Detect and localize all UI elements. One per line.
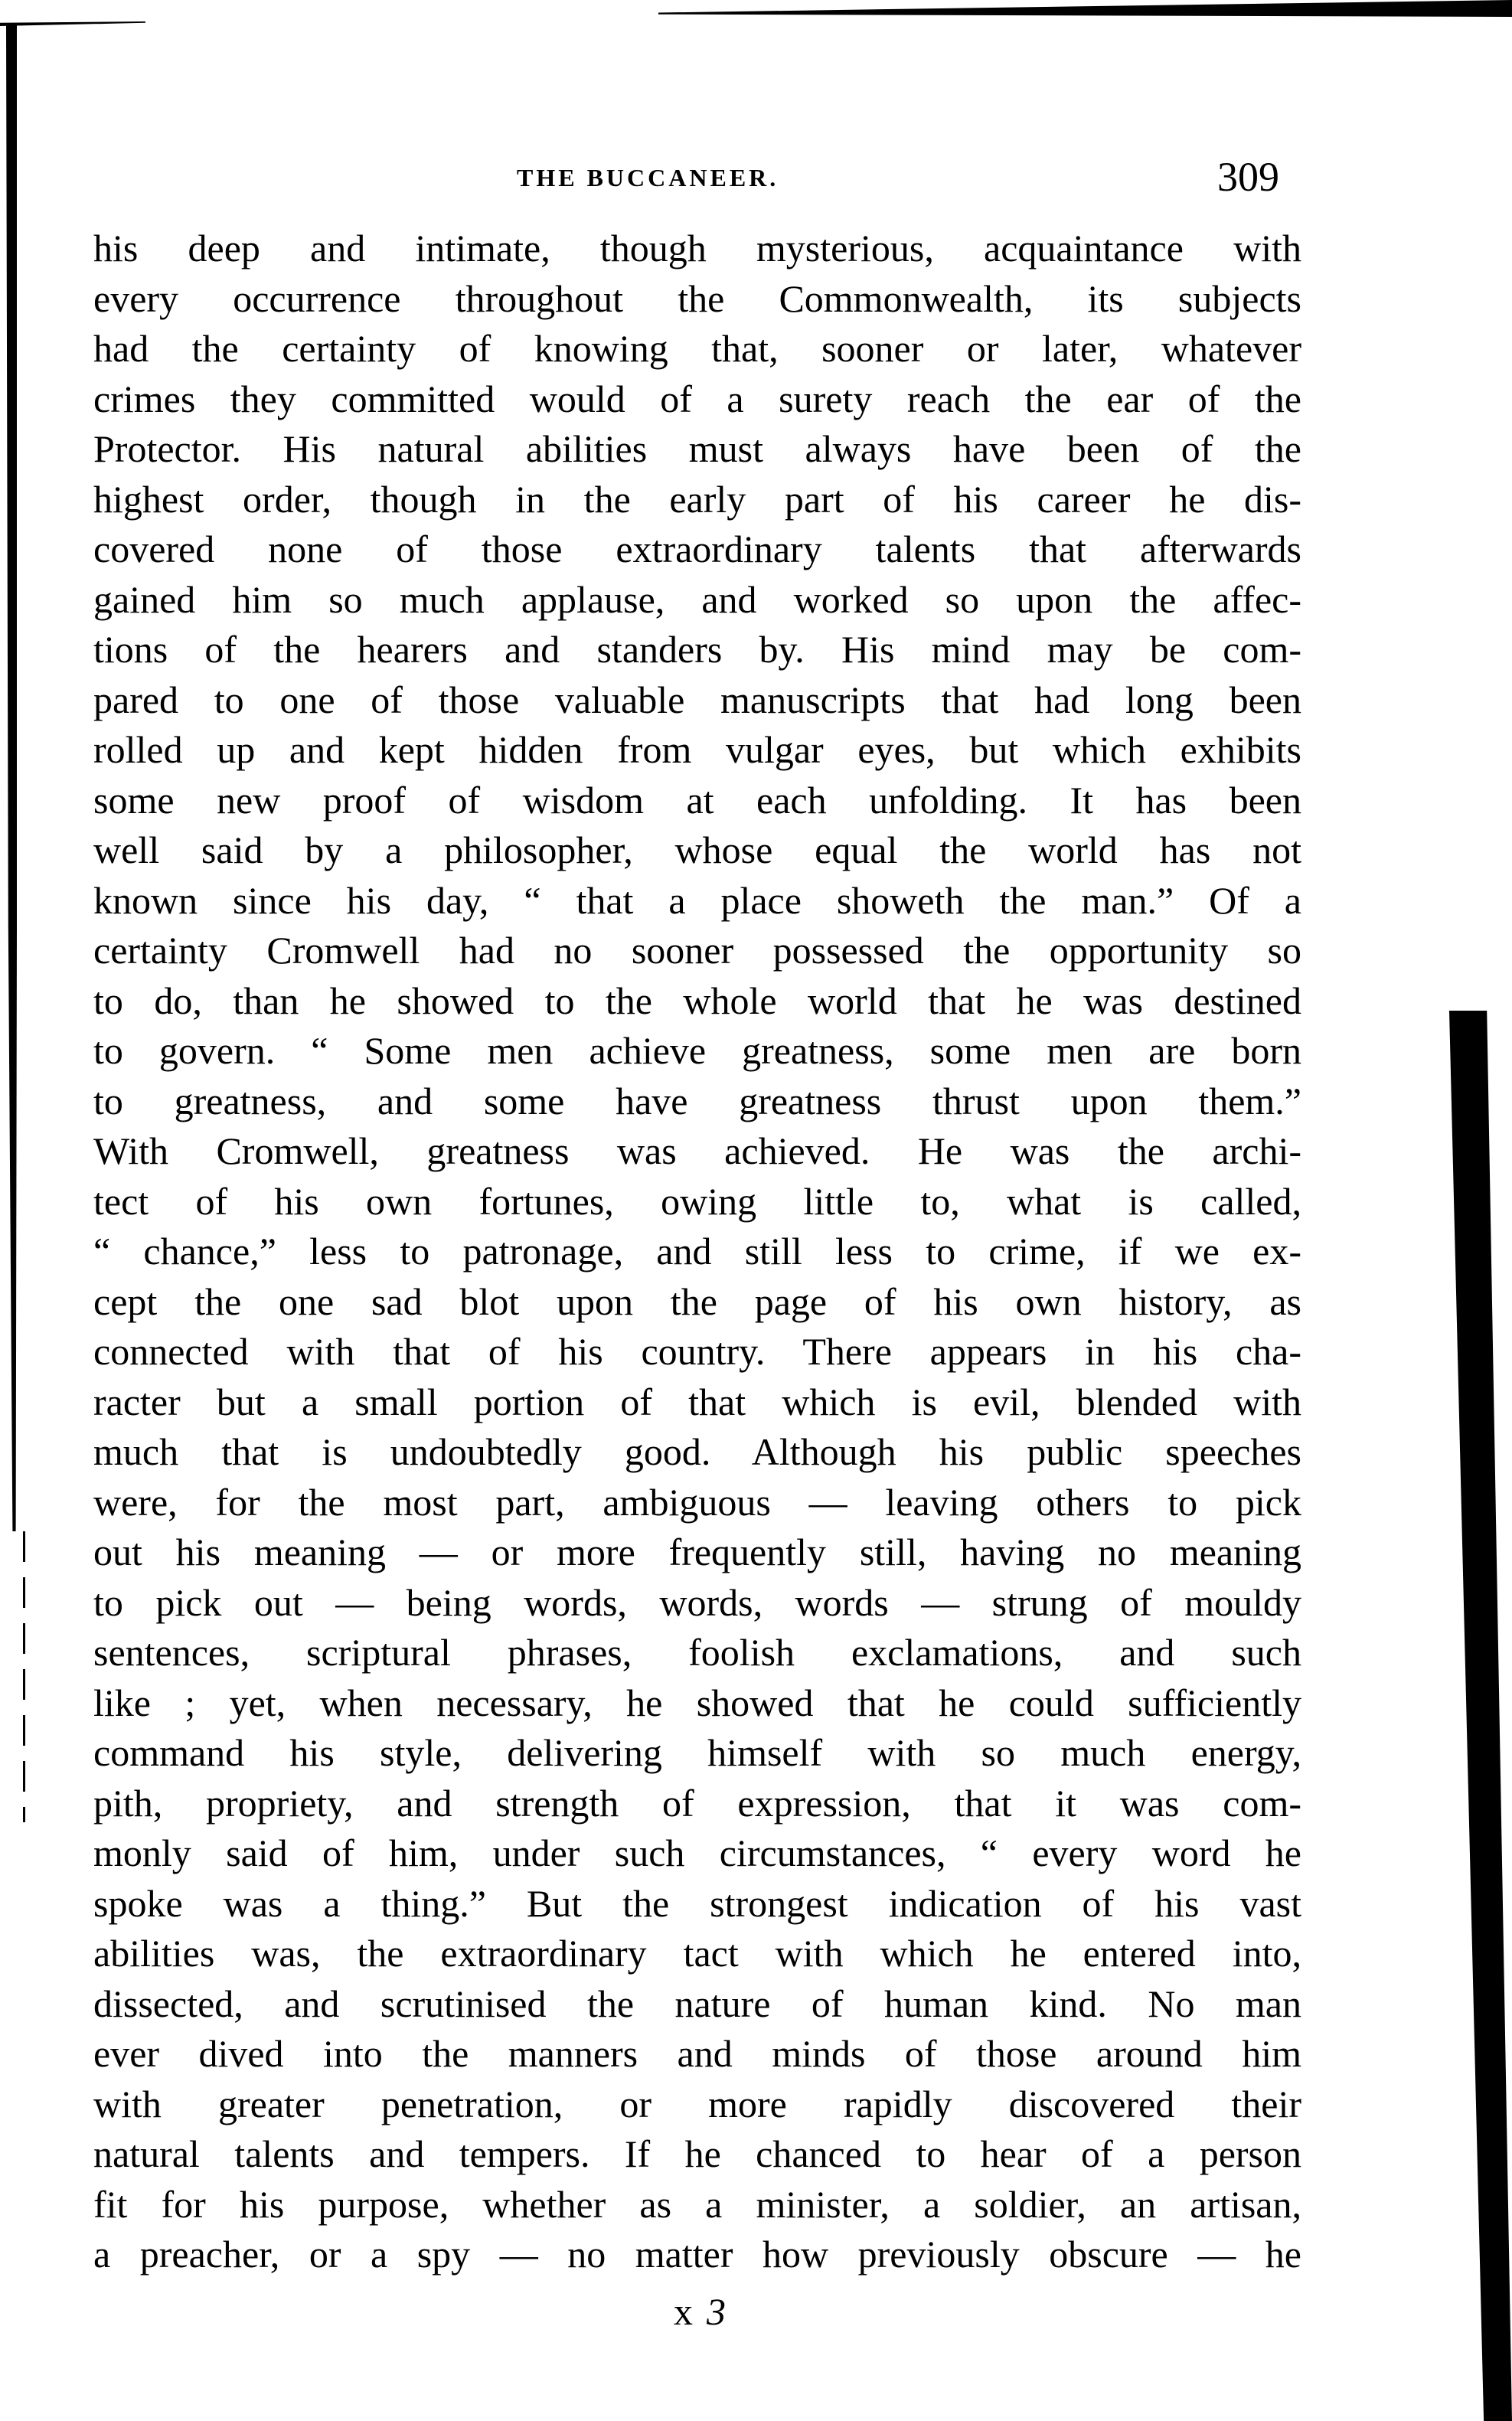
text-line-content: out his meaning — or more frequently sti… xyxy=(93,1531,1301,1573)
body-text: his deep and intimate, though mysterious… xyxy=(93,224,1301,2280)
text-line-content: rolled up and kept hidden from vulgar ey… xyxy=(93,728,1301,771)
text-line-content: Protector. His natural abilities must al… xyxy=(93,427,1301,470)
text-line: crimes they committed would of a surety … xyxy=(93,374,1301,425)
text-line-content: much that is undoubtedly good. Although … xyxy=(93,1430,1301,1473)
text-line: certainty Cromwell had no sooner possess… xyxy=(93,926,1301,976)
text-line: abilities was, the extraordinary tact wi… xyxy=(93,1929,1301,1979)
text-line-content: tions of the hearers and standers by. Hi… xyxy=(93,628,1301,671)
text-line: well said by a philosopher, whose equal … xyxy=(93,825,1301,876)
text-line-content: tect of his own fortunes, owing little t… xyxy=(93,1180,1301,1223)
scan-edge-right xyxy=(1449,1011,1512,2421)
text-line-content: had the certainty of knowing that, soone… xyxy=(93,327,1301,370)
text-line-content: crimes they committed would of a surety … xyxy=(93,377,1301,420)
text-line: fit for his purpose, whether as a minist… xyxy=(93,2180,1301,2230)
text-line-content: a preacher, or a spy — no matter how pre… xyxy=(93,2233,1301,2276)
text-line-content: fit for his purpose, whether as a minist… xyxy=(93,2183,1301,2226)
text-line: With Cromwell, greatness was achieved. H… xyxy=(93,1126,1301,1177)
text-line-content: “ chance,” less to patronage, and still … xyxy=(93,1230,1301,1273)
scan-edge-top-left xyxy=(0,21,145,26)
text-line: command his style, delivering himself wi… xyxy=(93,1728,1301,1779)
text-line-content: every occurrence throughout the Commonwe… xyxy=(93,277,1301,320)
text-line: known since his day, “ that a place show… xyxy=(93,876,1301,926)
text-line-content: to pick out — being words, words, words … xyxy=(93,1581,1301,1624)
text-line-content: spoke was a thing.” But the strongest in… xyxy=(93,1882,1301,1925)
text-line: ever dived into the manners and minds of… xyxy=(93,2029,1301,2080)
text-line: his deep and intimate, though mysterious… xyxy=(93,224,1301,274)
scan-edge-left xyxy=(6,23,17,1531)
signature-mark: x3 xyxy=(674,2289,740,2334)
text-line: had the certainty of knowing that, soone… xyxy=(93,324,1301,374)
text-line: spoke was a thing.” But the strongest in… xyxy=(93,1879,1301,1929)
text-line: some new proof of wisdom at each unfoldi… xyxy=(93,776,1301,826)
text-line-content: pith, propriety, and strength of express… xyxy=(93,1782,1301,1825)
text-line: “ chance,” less to patronage, and still … xyxy=(93,1227,1301,1277)
text-line-content: gained him so much applause, and worked … xyxy=(93,578,1301,621)
text-line: highest order, though in the early part … xyxy=(93,475,1301,525)
text-line: much that is undoubtedly good. Although … xyxy=(93,1427,1301,1478)
text-line: to pick out — being words, words, words … xyxy=(93,1578,1301,1629)
text-line: tions of the hearers and standers by. Hi… xyxy=(93,625,1301,675)
text-line: gained him so much applause, and worked … xyxy=(93,575,1301,626)
text-line: covered none of those extraordinary tale… xyxy=(93,524,1301,575)
text-line-content: command his style, delivering himself wi… xyxy=(93,1731,1301,1774)
text-line-content: with greater penetration, or more rapidl… xyxy=(93,2083,1301,2125)
text-line-content: known since his day, “ that a place show… xyxy=(93,879,1301,922)
text-line-content: highest order, though in the early part … xyxy=(93,478,1301,521)
text-line-content: racter but a small portion of that which… xyxy=(93,1380,1301,1423)
text-line: to do, than he showed to the whole world… xyxy=(93,976,1301,1027)
text-line: connected with that of his country. Ther… xyxy=(93,1327,1301,1377)
text-line-content: ever dived into the manners and minds of… xyxy=(93,2032,1301,2075)
text-line: sentences, scriptural phrases, foolish e… xyxy=(93,1628,1301,1678)
text-line-content: natural talents and tempers. If he chanc… xyxy=(93,2132,1301,2175)
text-line-content: cept the one sad blot upon the page of h… xyxy=(93,1280,1301,1323)
page-number: 309 xyxy=(1217,153,1279,201)
text-line: pared to one of those valuable manuscrip… xyxy=(93,675,1301,726)
text-line: out his meaning — or more frequently sti… xyxy=(93,1527,1301,1578)
text-line-content: were, for the most part, ambiguous — lea… xyxy=(93,1481,1301,1524)
running-title: THE BUCCANEER. xyxy=(517,164,779,192)
text-line-content: connected with that of his country. Ther… xyxy=(93,1330,1301,1373)
text-line: pith, propriety, and strength of express… xyxy=(93,1779,1301,1829)
text-line-content: to govern. “ Some men achieve greatness,… xyxy=(93,1029,1301,1072)
text-line: a preacher, or a spy — no matter how pre… xyxy=(93,2230,1301,2280)
scan-edge-left-thin xyxy=(23,1531,25,1822)
text-line: natural talents and tempers. If he chanc… xyxy=(93,2129,1301,2180)
text-line-content: dissected, and scrutinised the nature of… xyxy=(93,1982,1301,2025)
text-line-content: With Cromwell, greatness was achieved. H… xyxy=(93,1129,1301,1172)
text-line-content: well said by a philosopher, whose equal … xyxy=(93,828,1301,871)
text-line-content: to do, than he showed to the whole world… xyxy=(93,979,1301,1022)
text-line-content: certainty Cromwell had no sooner possess… xyxy=(93,929,1301,972)
text-line-content: his deep and intimate, though mysterious… xyxy=(93,227,1301,270)
text-line: tect of his own fortunes, owing little t… xyxy=(93,1177,1301,1227)
text-line-content: some new proof of wisdom at each unfoldi… xyxy=(93,779,1301,822)
text-line: like ; yet, when necessary, he showed th… xyxy=(93,1678,1301,1729)
text-line-content: abilities was, the extraordinary tact wi… xyxy=(93,1932,1301,1975)
signature-letter: x xyxy=(674,2290,707,2333)
signature-number: 3 xyxy=(707,2290,740,2333)
text-line: with greater penetration, or more rapidl… xyxy=(93,2080,1301,2130)
text-line: racter but a small portion of that which… xyxy=(93,1377,1301,1428)
scan-edge-top-right xyxy=(658,0,1512,17)
text-line-content: covered none of those extraordinary tale… xyxy=(93,528,1301,570)
text-line: dissected, and scrutinised the nature of… xyxy=(93,1979,1301,2030)
text-line: rolled up and kept hidden from vulgar ey… xyxy=(93,725,1301,776)
running-head: THE BUCCANEER. 309 xyxy=(93,153,1301,199)
text-line-content: to greatness, and some have greatness th… xyxy=(93,1080,1301,1122)
text-line: were, for the most part, ambiguous — lea… xyxy=(93,1478,1301,1528)
text-line-content: pared to one of those valuable manuscrip… xyxy=(93,678,1301,721)
text-line: monly said of him, under such circumstan… xyxy=(93,1828,1301,1879)
text-line-content: like ; yet, when necessary, he showed th… xyxy=(93,1681,1301,1724)
text-line: to govern. “ Some men achieve greatness,… xyxy=(93,1026,1301,1077)
text-line: to greatness, and some have greatness th… xyxy=(93,1077,1301,1127)
text-line-content: sentences, scriptural phrases, foolish e… xyxy=(93,1631,1301,1674)
text-line: Protector. His natural abilities must al… xyxy=(93,424,1301,475)
text-line: cept the one sad blot upon the page of h… xyxy=(93,1277,1301,1328)
text-line: every occurrence throughout the Commonwe… xyxy=(93,274,1301,325)
text-line-content: monly said of him, under such circumstan… xyxy=(93,1831,1301,1874)
